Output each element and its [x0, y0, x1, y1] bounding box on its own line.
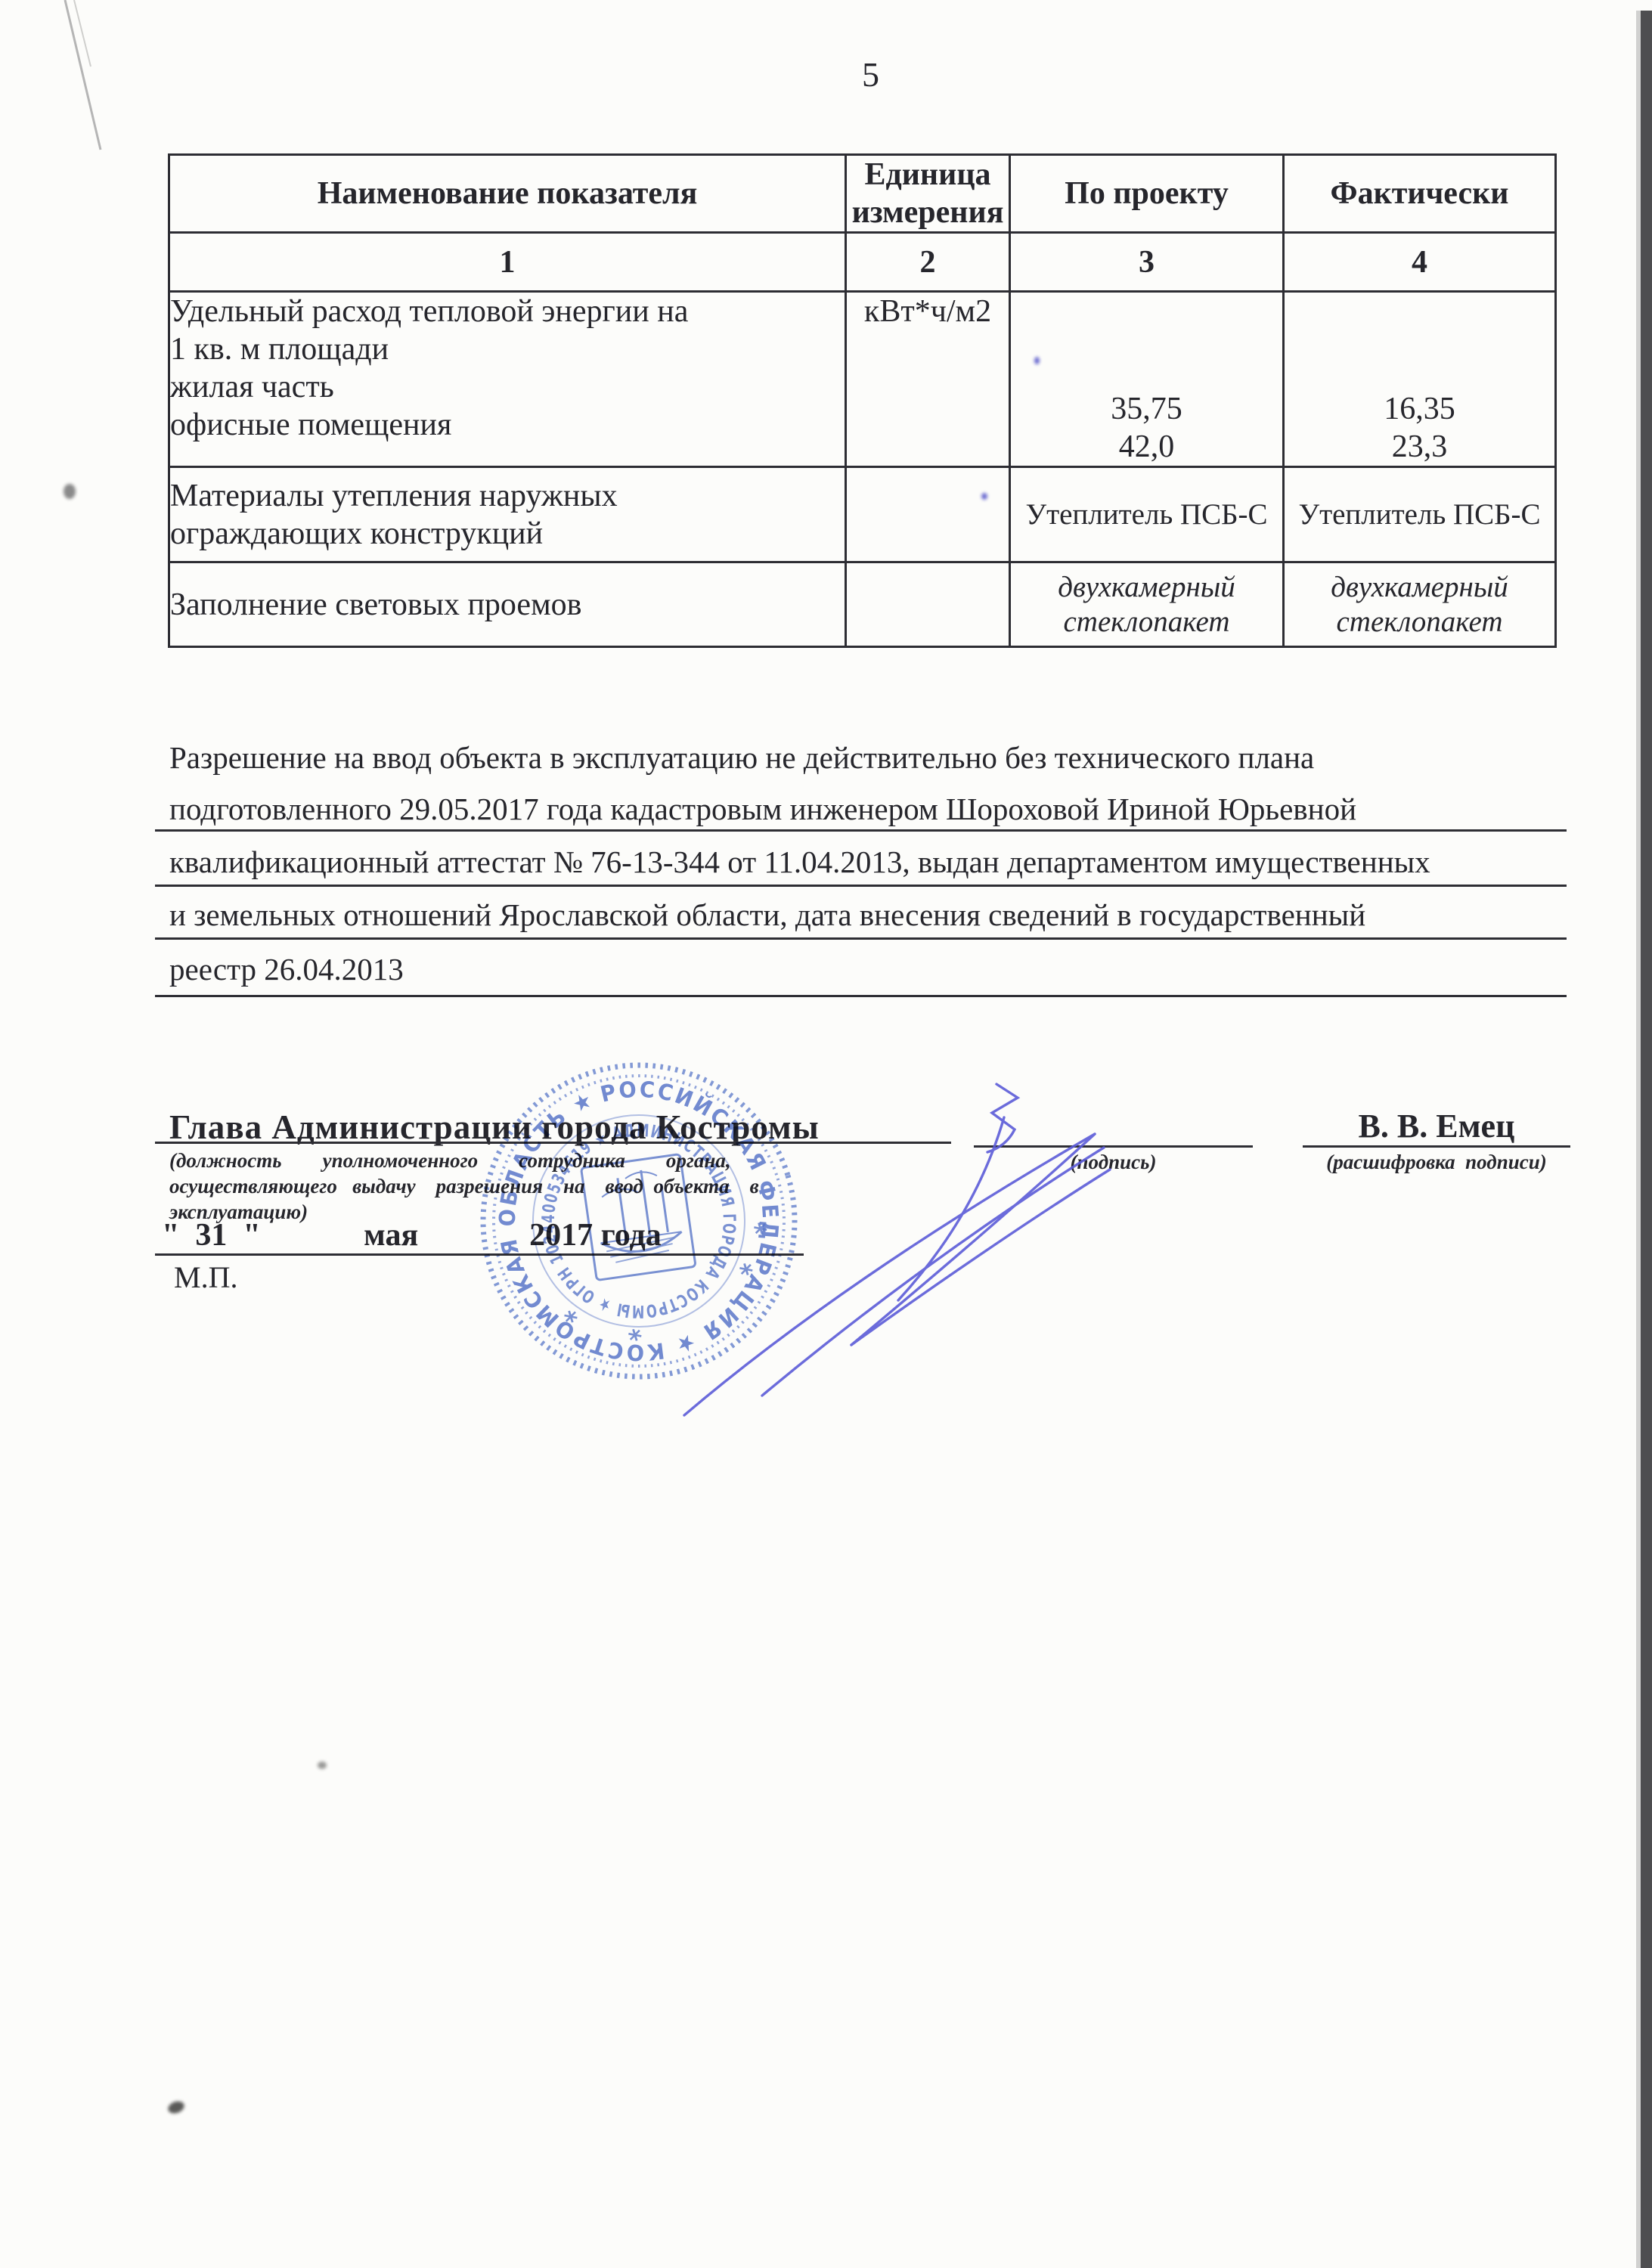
row3-actual-line1: двухкамерный — [1285, 570, 1554, 605]
ink-speck — [1034, 357, 1040, 364]
row1-actual-value1: 16,35 — [1285, 390, 1554, 428]
row2-name-line1: Материалы утепления наружных — [170, 477, 845, 515]
row2-name-line2: ограждающих конструкций — [170, 515, 845, 553]
scan-smudge — [318, 1761, 327, 1769]
table-header-row: Наименование показателя Единица измерени… — [169, 155, 1556, 233]
ruled-line — [155, 829, 1567, 832]
header-project: По проекту — [1010, 155, 1284, 233]
header-actual: Фактически — [1284, 155, 1556, 233]
row1-name-line3: жилая часть — [170, 368, 845, 406]
ruled-line — [155, 937, 1567, 940]
clause-line: реестр 26.04.2013 — [169, 951, 1567, 990]
row1-unit: кВт*ч/м2 — [846, 292, 1010, 467]
table-row: Удельный расход тепловой энергии на 1 кв… — [169, 292, 1556, 467]
clause-line: Разрешение на ввод объекта в эксплуатаци… — [169, 739, 1567, 779]
row1-project-value2: 42,0 — [1011, 428, 1282, 466]
ruled-line — [155, 885, 1567, 887]
row1-name-line1: Удельный расход тепловой энергии на — [170, 293, 845, 330]
row2-unit-empty — [846, 467, 1010, 562]
clause-line: квалификационный аттестат № 76-13-344 от… — [169, 844, 1567, 883]
row2-name: Материалы утепления наружных ограждающих… — [169, 467, 846, 562]
fold-line-artifact — [0, 0, 197, 197]
row3-project-line2: стеклопакет — [1011, 605, 1282, 640]
scanned-document-page: 5 Наименование показателя Единица измере… — [0, 0, 1652, 2268]
row3-project: двухкамерный стеклопакет — [1010, 562, 1284, 647]
row3-name: Заполнение световых проемов — [169, 562, 846, 647]
scan-edge-shadow — [1641, 11, 1652, 2268]
row3-unit-empty — [846, 562, 1010, 647]
name-line — [1303, 1145, 1570, 1148]
row3-actual-line2: стеклопакет — [1285, 605, 1554, 640]
page-number: 5 — [862, 54, 879, 94]
column-number-row: 1 2 3 4 — [169, 233, 1556, 292]
header-unit-line2: измерения — [847, 194, 1009, 231]
row3-project-line1: двухкамерный — [1011, 570, 1282, 605]
ruled-line — [155, 995, 1567, 997]
ink-speck — [981, 493, 987, 500]
handwritten-signature — [665, 1043, 1285, 1452]
name-caption: (расшифровка подписи) — [1285, 1151, 1588, 1174]
table-row: Заполнение световых проемов двухкамерный… — [169, 562, 1556, 647]
table-row: Материалы утепления наружных ограждающих… — [169, 467, 1556, 562]
row2-actual: Утеплитель ПСБ-С — [1284, 467, 1556, 562]
signatory-name: В. В. Емец — [1303, 1107, 1570, 1145]
row1-actual-value2: 23,3 — [1285, 428, 1554, 466]
row2-project: Утеплитель ПСБ-С — [1010, 467, 1284, 562]
clause-line: подготовленного 29.05.2017 года кадастро… — [169, 791, 1567, 830]
scan-smudge — [166, 2099, 186, 2116]
col-num-4: 4 — [1284, 233, 1556, 292]
row1-name: Удельный расход тепловой энергии на 1 кв… — [169, 292, 846, 467]
col-num-3: 3 — [1010, 233, 1284, 292]
col-num-2: 2 — [846, 233, 1010, 292]
clause-line: и земельных отношений Ярославской област… — [169, 897, 1567, 936]
scan-smudge — [64, 484, 76, 499]
row1-name-line4: офисные помещения — [170, 406, 845, 444]
row1-name-line2: 1 кв. м площади — [170, 330, 845, 368]
header-unit-line1: Единица — [847, 156, 1009, 194]
col-num-1: 1 — [169, 233, 846, 292]
row3-actual: двухкамерный стеклопакет — [1284, 562, 1556, 647]
indicators-table: Наименование показателя Единица измерени… — [168, 153, 1557, 648]
row1-project-value1: 35,75 — [1011, 390, 1282, 428]
row1-actual: 16,35 23,3 — [1284, 292, 1556, 467]
header-name: Наименование показателя — [169, 155, 846, 233]
row1-project: 35,75 42,0 — [1010, 292, 1284, 467]
header-unit: Единица измерения — [846, 155, 1010, 233]
stamp-place-label: М.П. — [174, 1259, 237, 1295]
